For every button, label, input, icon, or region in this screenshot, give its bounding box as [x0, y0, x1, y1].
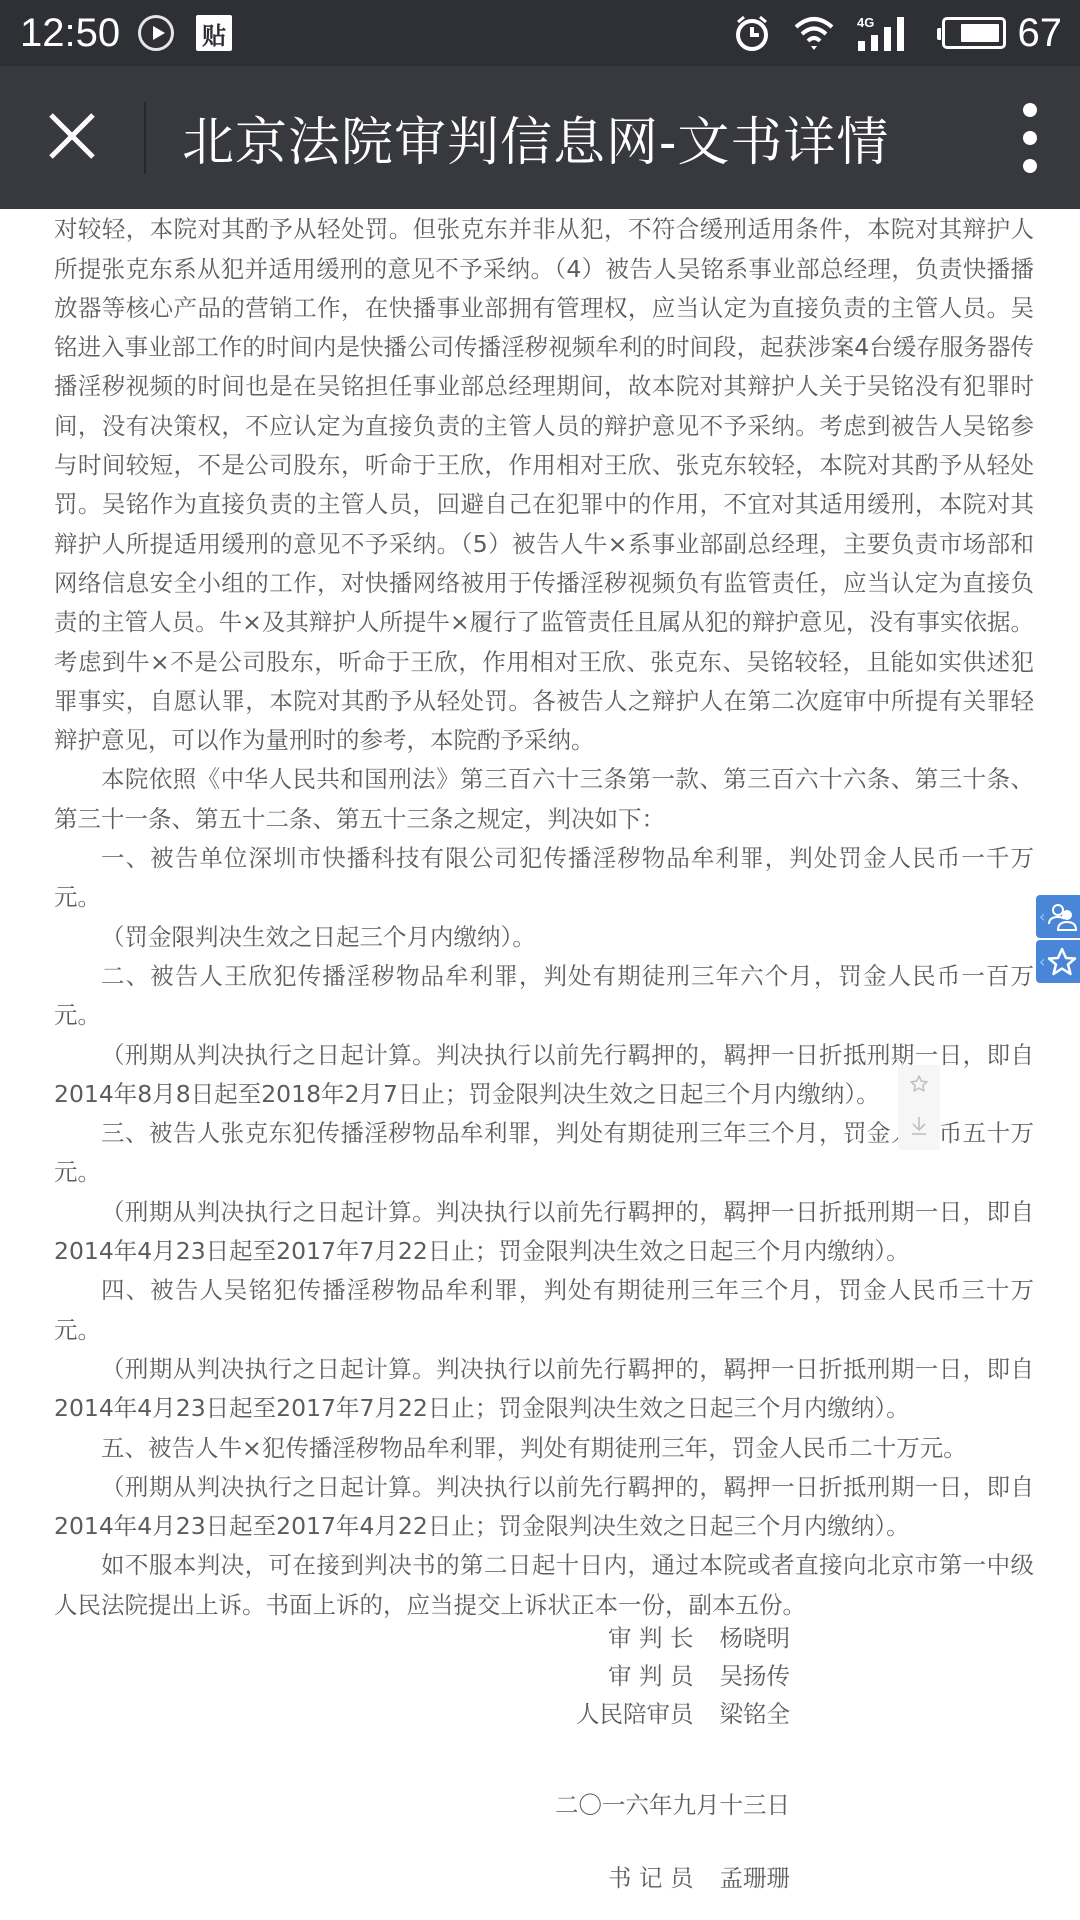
- paragraph-verdict-4-note: （刑期从判决执行之日起计算。判决执行以前先行羁押的，羁押一日折抵刑期一日，即自2…: [54, 1350, 1034, 1429]
- signature-role: 人民陪审员: [576, 1695, 694, 1733]
- page-title: 北京法院审判信息网-文书详情: [182, 100, 980, 175]
- signature-name: 杨晓明: [720, 1619, 791, 1657]
- paragraph-verdict-5-note: （刑期从判决执行之日起计算。判决执行以前先行羁押的，羁押一日折抵刑期一日，即自2…: [54, 1468, 1034, 1547]
- mini-toolbox: [898, 1065, 940, 1150]
- more-vertical-icon-dot: [1023, 131, 1037, 145]
- chevron-left-icon: ‹: [1039, 907, 1045, 926]
- paragraph-verdict-5: 五、被告人牛×犯传播淫秽物品牟利罪，判处有期徒刑三年，罚金人民币二十万元。: [54, 1429, 1034, 1468]
- signature-block: 审 判 长 杨晓明 审 判 员 吴扬传 人民陪审员 梁铭全: [576, 1619, 790, 1733]
- more-vertical-icon-dot: [1023, 159, 1037, 173]
- download-icon[interactable]: [909, 1115, 929, 1141]
- chevron-left-icon: ‹: [1039, 952, 1045, 971]
- paragraph-verdict-2: 二、被告人王欣犯传播淫秽物品牟利罪，判处有期徒刑三年六个月，罚金人民币一百万元。: [54, 957, 1034, 1036]
- date-row: 二〇一六年九月十三日: [555, 1786, 790, 1824]
- paragraph-verdict-1: 一、被告单位深圳市快播科技有限公司犯传播淫秽物品牟利罪，判处罚金人民币一千万元。: [54, 839, 1034, 918]
- clerk-signature: 书 记 员 孟珊珊: [608, 1859, 790, 1897]
- more-vertical-icon-dot: [1023, 103, 1037, 117]
- paragraph-verdict-4: 四、被告人吴铭犯传播淫秽物品牟利罪，判处有期徒刑三年三个月，罚金人民币三十万元。: [54, 1271, 1034, 1350]
- people-icon: [1047, 902, 1077, 932]
- signature-name: 梁铭全: [720, 1695, 791, 1733]
- paragraph-reasoning: 如实供述犯罪事实，自愿认罪，在犯罪过程中主要从事技术工作，听命于王欣，作用较王欣…: [54, 209, 1034, 760]
- battery-percent: 67: [1018, 11, 1063, 56]
- signature-row: 人民陪审员 梁铭全: [576, 1695, 790, 1733]
- clock: 12:50: [20, 11, 120, 56]
- star-outline-icon[interactable]: [909, 1074, 929, 1098]
- signature-role: 审 判 员: [608, 1657, 693, 1695]
- signal-4g-icon: 4G: [856, 13, 912, 53]
- paragraph-verdict-3: 三、被告人张克东犯传播淫秽物品牟利罪，判处有期徒刑三年三个月，罚金人民币五十万元…: [54, 1114, 1034, 1193]
- signature-name: 孟珊珊: [720, 1859, 791, 1897]
- star-icon: [1047, 947, 1077, 977]
- more-menu-button[interactable]: [980, 66, 1080, 209]
- svg-text:4G: 4G: [857, 15, 874, 30]
- date-text: 二〇一六年九月十三日: [555, 1786, 790, 1824]
- play-circle-icon: [138, 15, 174, 51]
- tie-app-icon: 贴: [196, 15, 232, 51]
- paragraph-verdict-3-note: （刑期从判决执行之日起计算。判决执行以前先行羁押的，羁押一日折抵刑期一日，即自2…: [54, 1193, 1034, 1272]
- signature-role: 审 判 长: [608, 1619, 693, 1657]
- status-bar: 12:50 贴 4: [0, 0, 1080, 66]
- signature-role: 书 记 员: [608, 1859, 693, 1897]
- paragraph-verdict-1-note: （罚金限判决生效之日起三个月内缴纳）。: [54, 918, 1034, 957]
- judgment-document: 如实供述犯罪事实，自愿认罪，在犯罪过程中主要从事技术工作，听命于王欣，作用较王欣…: [54, 209, 1034, 1625]
- toolbar-divider: [144, 102, 146, 174]
- app-toolbar: 北京法院审判信息网-文书详情: [0, 66, 1080, 209]
- status-bar-right: 4G 67: [710, 11, 1063, 56]
- signature-row: 书 记 员 孟珊珊: [608, 1859, 790, 1897]
- paragraph-verdict-2-note: （刑期从判决执行之日起计算。判决执行以前先行羁押的，羁押一日折抵刑期一日，即自2…: [54, 1036, 1034, 1115]
- paragraph-legal-basis: 本院依照《中华人民共和国刑法》第三百六十三条第一款、第三百六十六条、第三十条、第…: [54, 760, 1034, 839]
- judgment-date: 二〇一六年九月十三日: [555, 1786, 790, 1824]
- paragraph-appeal: 如不服本判决，可在接到判决书的第二日起十日内，通过本院或者直接向北京市第一中级人…: [54, 1546, 1034, 1625]
- signature-name: 吴扬传: [720, 1657, 791, 1695]
- close-icon: [47, 111, 97, 165]
- signature-row: 审 判 员 吴扬传: [576, 1657, 790, 1695]
- signature-row: 审 判 长 杨晓明: [576, 1619, 790, 1657]
- wifi-icon: [794, 15, 834, 51]
- status-bar-left: 12:50 贴: [20, 11, 232, 56]
- alarm-icon: [732, 13, 772, 53]
- battery-icon: [942, 17, 1006, 49]
- close-button[interactable]: [0, 66, 144, 209]
- contacts-float-button[interactable]: ‹: [1036, 895, 1080, 938]
- favorite-float-button[interactable]: ‹: [1036, 940, 1080, 983]
